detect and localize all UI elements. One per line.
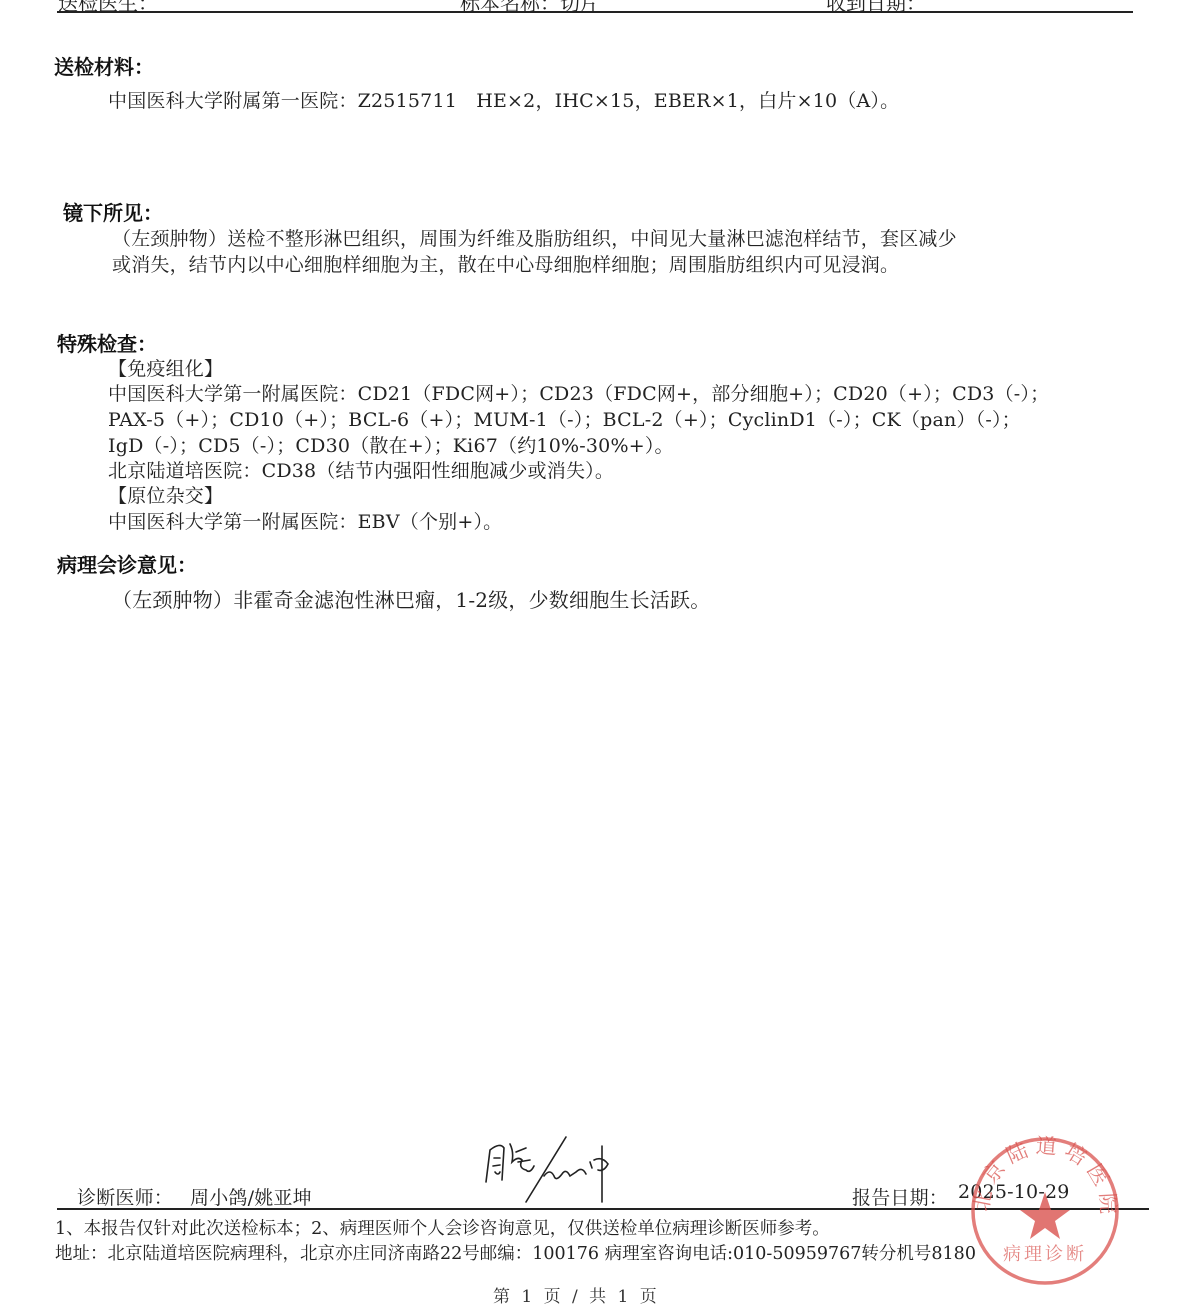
page-indicator: 第 1 页 / 共 1 页	[493, 1282, 657, 1304]
diagnosing-doctor-label: 诊断医师：	[77, 1183, 173, 1210]
stamp-bottom-text: 病理诊断	[1003, 1244, 1087, 1265]
ish-line: 中国医科大学第一附属医院：EBV（个别+）。	[108, 507, 502, 534]
opinion-line: （左颈肿物）非霍奇金滤泡性淋巴瘤，1-2级，少数细胞生长活跃。	[112, 584, 710, 613]
opinion-heading: 病理会诊意见：	[57, 549, 197, 578]
hospital-seal-stamp: 北京陆道培医院 病理诊断	[968, 1134, 1122, 1288]
materials-heading: 送检材料：	[54, 51, 154, 80]
ihc-label: 【免疫组化】	[108, 354, 223, 381]
address-line: 地址：北京陆道培医院病理科，北京亦庄同济南路22号邮编：100176 病理室咨询…	[55, 1240, 976, 1265]
diagnosing-doctor-names: 周小鸽/姚亚坤	[190, 1183, 312, 1210]
ish-label: 【原位杂交】	[108, 481, 223, 508]
sender-doctor-label: 送检医生：	[58, 0, 158, 16]
special-tests-heading: 特殊检查：	[57, 328, 157, 357]
header-divider	[57, 11, 1133, 13]
ihc-line: PAX-5（+）；CD10（+）；BCL-6（+）；MUM-1（-）；BCL-2…	[108, 405, 1021, 432]
ihc-line: IgD（-）；CD5（-）；CD30（散在+）；Ki67（约10%-30%+）。	[108, 431, 674, 458]
ihc-line: 中国医科大学第一附属医院：CD21（FDC网+）；CD23（FDC网+，部分细胞…	[108, 379, 1049, 406]
report-date-label: 报告日期：	[852, 1183, 948, 1210]
materials-line: 中国医科大学附属第一医院：Z2515711 HE×2，IHC×15，EBER×1…	[108, 86, 899, 113]
ihc-line: 北京陆道培医院：CD38（结节内强阳性细胞减少或消失）。	[108, 456, 614, 483]
disclaimer-note: 1、本报告仅针对此次送检标本；2、病理医师个人会诊咨询意见，仅供送检单位病理诊断…	[55, 1215, 830, 1240]
microscopy-line: （左颈肿物）送检不整形淋巴组织，周围为纤维及脂肪组织，中间见大量淋巴滤泡样结节，…	[112, 224, 957, 251]
microscopy-heading: 镜下所见：	[63, 197, 163, 226]
star-icon	[1020, 1192, 1070, 1239]
received-date-label: 收到日期：	[826, 0, 926, 16]
specimen-name-label: 标本名称：切片	[460, 0, 600, 16]
handwritten-signature	[478, 1132, 618, 1207]
microscopy-line: 或消失，结节内以中心细胞样细胞为主，散在中心母细胞样细胞；周围脂肪组织内可见浸润…	[112, 250, 899, 277]
